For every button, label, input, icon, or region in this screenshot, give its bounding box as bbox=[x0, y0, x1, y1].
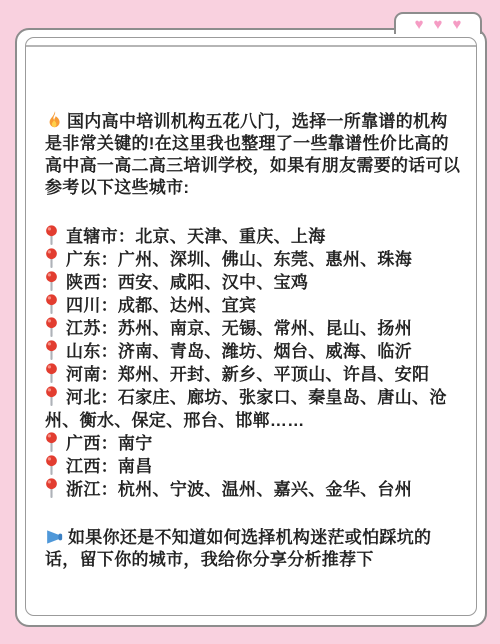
city-list-item: 江西：南昌 bbox=[45, 455, 462, 478]
pin-icon bbox=[45, 386, 58, 407]
pin-icon bbox=[45, 317, 58, 338]
city-list-item: 山东：济南、青岛、潍坊、烟台、威海、临沂 bbox=[45, 340, 462, 363]
pin-icon bbox=[45, 432, 58, 453]
megaphone-icon bbox=[45, 527, 66, 547]
city-list-item: 江苏：苏州、南京、无锡、常州、昆山、扬州 bbox=[45, 317, 462, 340]
outro-paragraph: 如果你还是不知道如何选择机构迷茫或怕踩坑的话，留下你的城市，我给你分享分析推荐下 bbox=[45, 527, 462, 571]
pin-icon bbox=[45, 340, 58, 361]
intro-paragraph: 国内高中培训机构五花八门，选择一所靠谱的机构是非常关键的!在这里我也整理了一些靠… bbox=[45, 110, 462, 199]
city-list-item: 陕西：西安、咸阳、汉中、宝鸡 bbox=[45, 271, 462, 294]
city-list-text: 陕西：西安、咸阳、汉中、宝鸡 bbox=[66, 273, 308, 292]
city-list-text: 直辖市：北京、天津、重庆、上海 bbox=[66, 227, 326, 246]
note-card: 国内高中培训机构五花八门，选择一所靠谱的机构是非常关键的!在这里我也整理了一些靠… bbox=[25, 37, 477, 616]
city-list-text: 山东：济南、青岛、潍坊、烟台、威海、临沂 bbox=[66, 342, 412, 361]
city-list-item: 广西：南宁 bbox=[45, 432, 462, 455]
city-list-item: 河北：石家庄、廊坊、张家口、秦皇岛、唐山、沧州、衡水、保定、邢台、邯郸…… bbox=[45, 386, 462, 432]
city-list-item: 河南：郑州、开封、新乡、平顶山、许昌、安阳 bbox=[45, 363, 462, 386]
pin-icon bbox=[45, 271, 58, 292]
intro-text: 国内高中培训机构五花八门，选择一所靠谱的机构是非常关键的!在这里我也整理了一些靠… bbox=[45, 112, 460, 197]
city-list-item: 四川：成都、达州、宜宾 bbox=[45, 294, 462, 317]
city-list-text: 江西：南昌 bbox=[66, 457, 153, 476]
fire-icon bbox=[45, 110, 65, 130]
heart-icon: ♥ bbox=[452, 17, 461, 32]
note-content: 国内高中培训机构五花八门，选择一所靠谱的机构是非常关键的!在这里我也整理了一些靠… bbox=[45, 110, 462, 571]
city-list-item: 浙江：杭州、宁波、温州、嘉兴、金华、台州 bbox=[45, 478, 462, 501]
outro-text: 如果你还是不知道如何选择机构迷茫或怕踩坑的话，留下你的城市，我给你分享分析推荐下 bbox=[45, 528, 431, 569]
pin-icon bbox=[45, 248, 58, 269]
city-list-text: 浙江：杭州、宁波、温州、嘉兴、金华、台州 bbox=[66, 480, 412, 499]
city-list-text: 四川：成都、达州、宜宾 bbox=[66, 296, 256, 315]
pin-icon bbox=[45, 363, 58, 384]
city-list-text: 江苏：苏州、南京、无锡、常州、昆山、扬州 bbox=[66, 319, 412, 338]
pin-icon bbox=[45, 294, 58, 315]
card-outer-border: 国内高中培训机构五花八门，选择一所靠谱的机构是非常关键的!在这里我也整理了一些靠… bbox=[15, 28, 487, 627]
pin-icon bbox=[45, 225, 58, 246]
heart-icon: ♥ bbox=[415, 17, 424, 32]
top-divider-line bbox=[26, 45, 476, 47]
city-list-text: 河北：石家庄、廊坊、张家口、秦皇岛、唐山、沧州、衡水、保定、邢台、邯郸…… bbox=[45, 388, 447, 430]
pin-icon bbox=[45, 455, 58, 476]
hearts-tab: ♥ ♥ ♥ bbox=[394, 12, 482, 34]
pin-icon bbox=[45, 478, 58, 499]
city-list-text: 广东：广州、深圳、佛山、东莞、惠州、珠海 bbox=[66, 250, 412, 269]
city-list-text: 广西：南宁 bbox=[66, 434, 153, 453]
city-list-item: 广东：广州、深圳、佛山、东莞、惠州、珠海 bbox=[45, 248, 462, 271]
heart-icon: ♥ bbox=[434, 17, 443, 32]
city-list-text: 河南：郑州、开封、新乡、平顶山、许昌、安阳 bbox=[66, 365, 429, 384]
city-list: 直辖市：北京、天津、重庆、上海 广东：广州、深圳、佛山、东莞、惠州、珠海 陕西：… bbox=[45, 225, 462, 501]
city-list-item: 直辖市：北京、天津、重庆、上海 bbox=[45, 225, 462, 248]
